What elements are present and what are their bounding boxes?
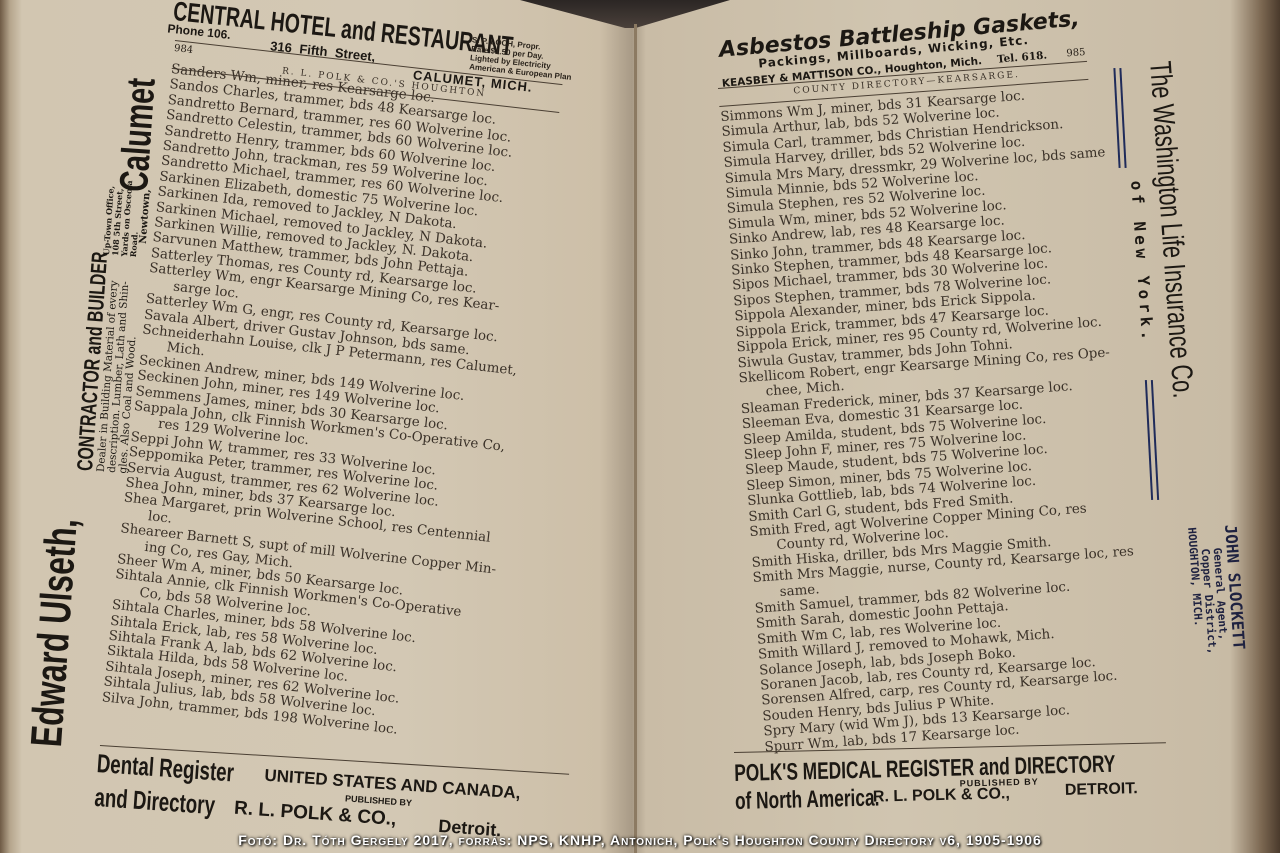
- hotel-header-ad: CENTRAL HOTEL and RESTAURANT Phone 106. …: [172, 0, 647, 76]
- book-spine: [634, 24, 637, 853]
- ad-rule-top: [1119, 68, 1126, 168]
- left-entries: Sanders Wm, miner, res Kearsarge loc.San…: [101, 62, 547, 747]
- medical-ad-publisher: R. L. POLK & CO.,: [873, 785, 1010, 806]
- asbestos-ad-tel: Tel. 618.: [997, 49, 1048, 65]
- slockett-agent-block: JOHN SLOCKETT General Agent, Copper Dist…: [1185, 524, 1249, 655]
- asbestos-header-ad: Asbestos Battleship Gaskets, Packings, M…: [718, 6, 1081, 62]
- dental-register-ad: Dental Register UNITED STATES AND CANADA…: [93, 748, 288, 829]
- medical-register-ad: POLK'S MEDICAL REGISTER and DIRECTORY of…: [734, 747, 1265, 818]
- medical-ad-city: DETROIT.: [1065, 780, 1138, 800]
- right-entries: Simmons Wm J, miner, bds 31 Kearsarge lo…: [720, 83, 1146, 755]
- directory-list-right: Simmons Wm J, miner, bds 31 Kearsarge lo…: [720, 83, 1146, 755]
- left-page: CENTRAL HOTEL and RESTAURANT Phone 106. …: [20, 0, 634, 853]
- ulseth-place-calumet: Calumet: [112, 77, 165, 193]
- ulseth-side-ad: Edward Ulseth,: [22, 428, 94, 749]
- directory-list-left: Sanders Wm, miner, res Kearsarge loc.San…: [101, 62, 547, 747]
- ulseth-name: Edward Ulseth,: [22, 517, 88, 749]
- medical-ad-line2-left: of North America.: [735, 784, 880, 816]
- page-number-left: 984: [173, 43, 193, 56]
- photo-credit-caption: Fotó: Dr. Tóth Gergely 2017, forrás: NPS…: [0, 829, 1280, 853]
- page-number-right: 985: [1066, 47, 1086, 59]
- washington-life-title: The Washington Life Insurance Co.: [1142, 60, 1199, 399]
- right-page: Asbestos Battleship Gaskets, Packings, M…: [638, 0, 1260, 853]
